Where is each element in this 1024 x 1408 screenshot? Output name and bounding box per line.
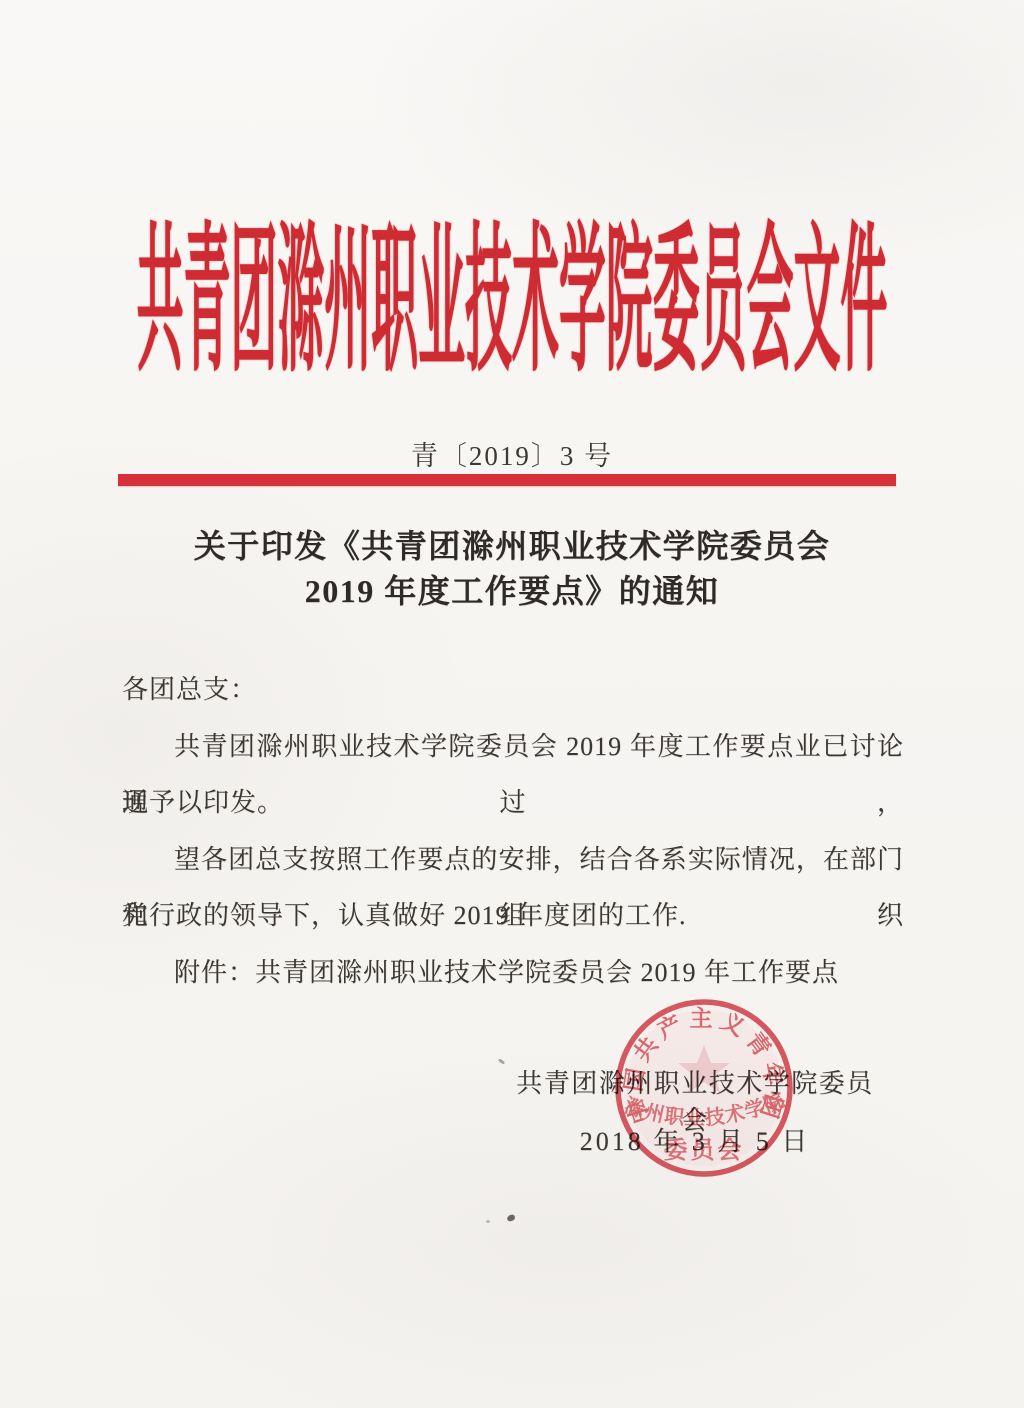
notice-title-line2: 2019 年度工作要点》的通知 xyxy=(0,569,1024,614)
document-body: 各团总支： 共青团滁州职业技术学院委员会 2019 年度工作要点业已讨论通过， … xyxy=(122,662,904,1001)
salutation: 各团总支： xyxy=(122,662,904,719)
ink-speck xyxy=(486,1220,490,1223)
official-seal-stamp: 中国共产主义青年团 滁州职业技术学院 委员会 xyxy=(609,993,799,1183)
seal-committee-text: 委员会 xyxy=(664,1136,745,1164)
document-number: 青〔2019〕3 号 xyxy=(0,434,1024,473)
red-divider-line xyxy=(118,474,896,486)
body-line-3: 望各团总支按照工作要点的安排，结合各系实际情况，在部门党组织 xyxy=(122,832,904,889)
ink-speck xyxy=(506,1214,516,1222)
notice-title: 关于印发《共青团滁州职业技术学院委员会 2019 年度工作要点》的通知 xyxy=(0,524,1024,614)
notice-title-line1: 关于印发《共青团滁州职业技术学院委员会 xyxy=(0,524,1024,569)
scanned-document-page: 共青团滁州职业技术学院委员会文件 青〔2019〕3 号 关于印发《共青团滁州职业… xyxy=(0,0,1024,1408)
letterhead: 共青团滁州职业技术学院委员会文件 xyxy=(0,170,1024,338)
ink-speck xyxy=(498,1058,505,1064)
body-line-1: 共青团滁州职业技术学院委员会 2019 年度工作要点业已讨论通过， xyxy=(122,719,904,776)
